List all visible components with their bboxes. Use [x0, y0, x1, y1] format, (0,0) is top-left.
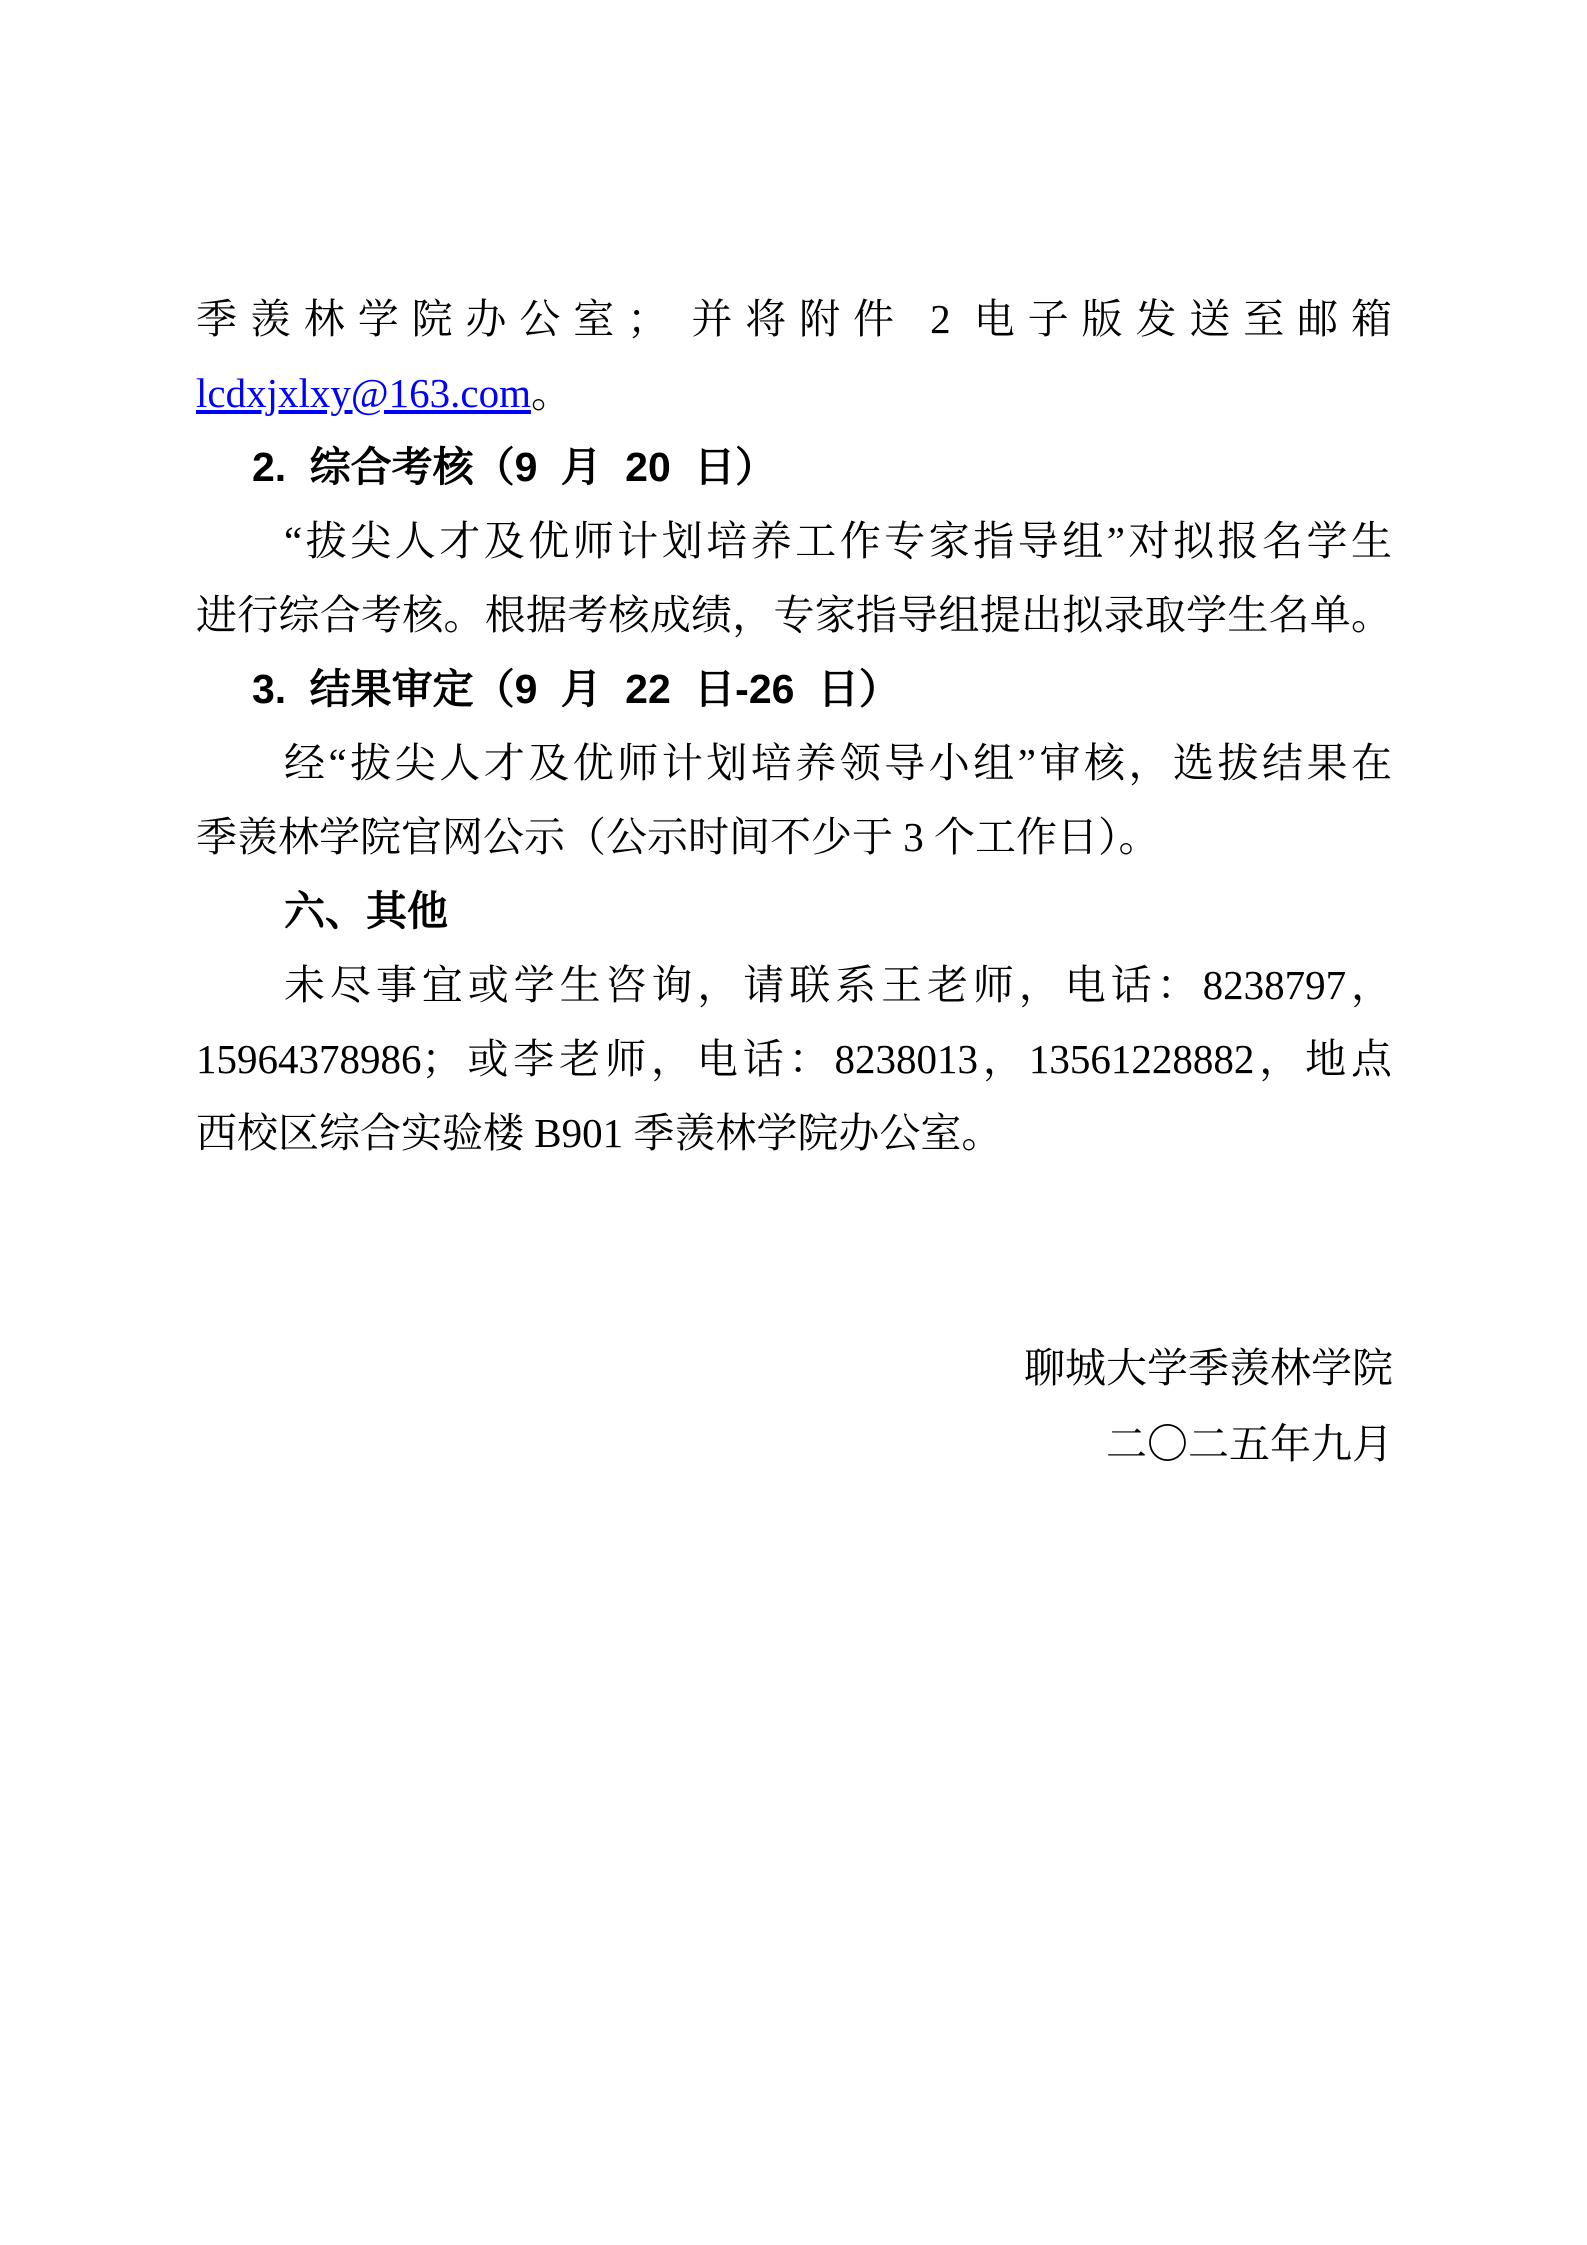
section-heading-other: 六、其他	[196, 874, 1392, 948]
paragraph-line: 进行综合考核。根据考核成绩，专家指导组提出拟录取学生名单。	[196, 578, 1392, 652]
paragraph-line: 季羡林学院办公室； 并将附件 2 电子版发送至邮箱	[196, 282, 1392, 356]
paragraph-line: 未尽事宜或学生咨询，请联系王老师，电话：8238797，	[196, 948, 1392, 1022]
paragraph-line: 西校区综合实验楼 B901 季羡林学院办公室。	[196, 1096, 1392, 1170]
document-page: 季羡林学院办公室； 并将附件 2 电子版发送至邮箱 lcdxjxlxy@163.…	[0, 0, 1587, 2245]
paragraph-line: “拔尖人才及优师计划培养工作专家指导组”对拟报名学生	[196, 504, 1392, 578]
paragraph-line: 季羡林学院官网公示（公示时间不少于 3 个工作日）。	[196, 800, 1392, 874]
section-heading-result-review: 3. 结果审定（9 月 22 日-26 日）	[196, 652, 1392, 726]
section-heading-assessment: 2. 综合考核（9 月 20 日）	[196, 430, 1392, 504]
paragraph-line: 经“拔尖人才及优师计划培养领导小组”审核，选拔结果在	[196, 726, 1392, 800]
email-link[interactable]: lcdxjxlxy@163.com	[196, 370, 531, 416]
signature-block: 聊城大学季羡林学院 二〇二五年九月	[1024, 1330, 1393, 1482]
document-body: 季羡林学院办公室； 并将附件 2 电子版发送至邮箱 lcdxjxlxy@163.…	[196, 282, 1392, 1170]
signature-date: 二〇二五年九月	[1024, 1406, 1393, 1482]
email-line: lcdxjxlxy@163.com。	[196, 356, 1392, 430]
signature-organization: 聊城大学季羡林学院	[1024, 1330, 1393, 1406]
email-line-period: 。	[531, 370, 572, 416]
paragraph-line: 15964378986；或李老师，电话：8238013，13561228882，…	[196, 1022, 1392, 1096]
